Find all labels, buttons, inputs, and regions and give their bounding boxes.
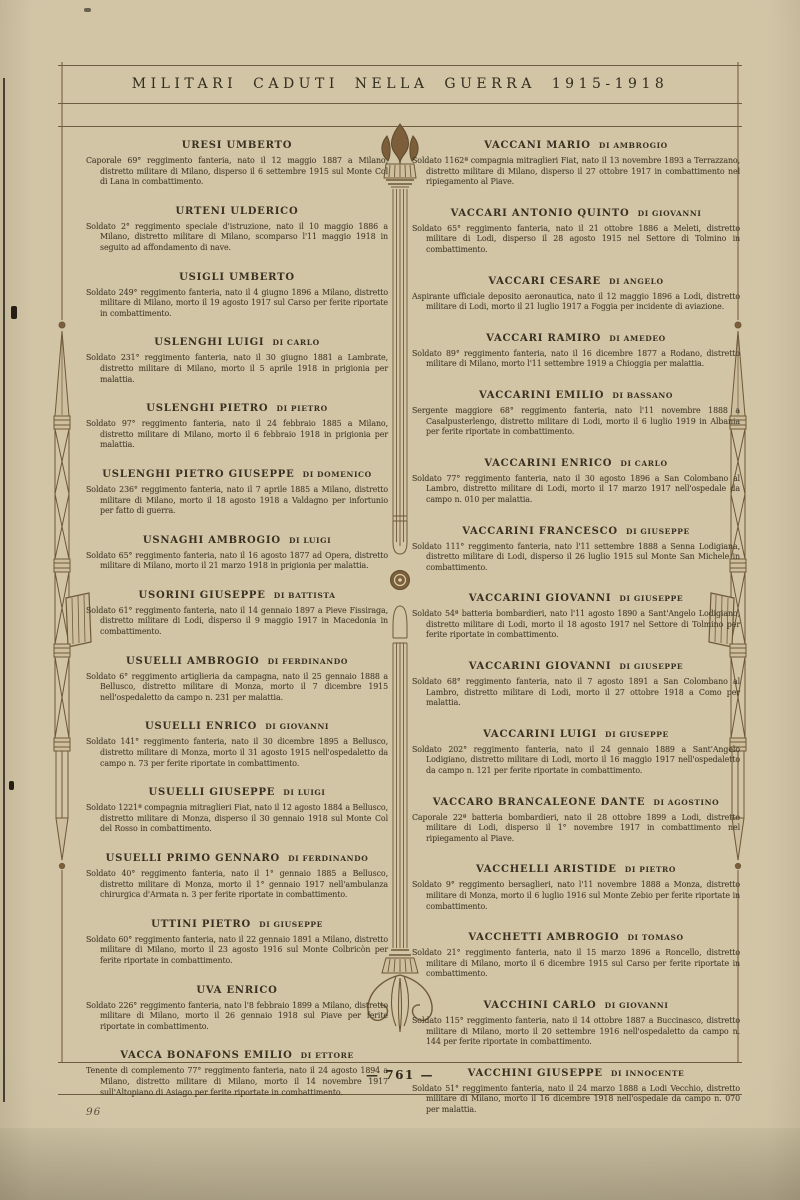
entry-heading: USUELLI GIUSEPPE di Luigi: [86, 784, 388, 798]
soldier-entry: USLENGHI LUIGI di Carlo Soldato 231° reg…: [86, 334, 388, 385]
soldier-entry: VACCARINI GIOVANNI di Giuseppe Soldato 5…: [412, 590, 740, 641]
entry-body: Soldato 40° reggimento fanteria, nato il…: [86, 869, 388, 901]
entry-body: Soldato 60° reggimento fanteria, nato il…: [86, 935, 388, 967]
entry-patronymic: di Carlo: [273, 338, 320, 347]
entry-body: Soldato 9° reggimento bersaglieri, nato …: [412, 880, 740, 912]
soldier-entry: VACCHELLI ARISTIDE di Pietro Soldato 9° …: [412, 861, 740, 912]
entry-heading: VACCA BONAFONS EMILIO di Ettore: [86, 1047, 388, 1061]
entry-name: VACCARINI ENRICO: [484, 458, 612, 469]
entry-patronymic: di Giovanni: [605, 1001, 669, 1010]
entry-heading: VACCARINI EMILIO di Bassano: [412, 387, 740, 401]
entry-body: Soldato 65° reggimento fanteria, nato il…: [412, 224, 740, 256]
ink-speck: [9, 781, 14, 790]
left-column: URESI UMBERTO Caporale 69° reggimento fa…: [86, 137, 388, 1113]
entry-body: Soldato 21° reggimento fanteria, nato il…: [412, 948, 740, 980]
entry-patronymic: di Giovanni: [638, 209, 702, 218]
frame-rule-below-title: [58, 103, 742, 104]
entry-heading: URTENI ULDERICO: [86, 203, 388, 217]
soldier-entry: VACCARO BRANCALEONE DANTE di Agostino Ca…: [412, 794, 740, 845]
entry-name: VACCARINI FRANCESCO: [462, 526, 618, 537]
entry-heading: USNAGHI AMBROGIO di Luigi: [86, 532, 388, 546]
soldier-entry: VACCARI CESARE di Angelo Aspirante uffic…: [412, 273, 740, 313]
entry-patronymic: di Giuseppe: [619, 662, 683, 671]
soldier-entry: URTENI ULDERICO Soldato 2° reggimento sp…: [86, 203, 388, 254]
entry-name: USLENGHI PIETRO GIUSEPPE: [102, 469, 294, 480]
entry-body: Soldato 89° reggimento fanteria, nato il…: [412, 349, 740, 370]
entry-body: Soldato 61° reggimento fanteria, nato il…: [86, 606, 388, 638]
entry-body: Soldato 141° reggimento fanteria, nato i…: [86, 737, 388, 769]
entry-heading: UVA ENRICO: [86, 982, 388, 996]
entry-heading: USIGLI UMBERTO: [86, 269, 388, 283]
entry-name: VACCHELLI ARISTIDE: [476, 864, 617, 875]
soldier-entry: VACCARI RAMIRO di Amedeo Soldato 89° reg…: [412, 330, 740, 370]
entry-name: VACCARINI GIOVANNI: [469, 661, 612, 672]
entry-heading: VACCARO BRANCALEONE DANTE di Agostino: [412, 794, 740, 808]
entry-body: Soldato 65° reggimento fanteria, nato il…: [86, 551, 388, 572]
entry-patronymic: di Ambrogio: [599, 141, 668, 150]
entry-body: Caporale 22ª batteria bombardieri, nato …: [412, 813, 740, 845]
entry-heading: VACCARI CESARE di Angelo: [412, 273, 740, 287]
soldier-entry: USLENGHI PIETRO di Pietro Soldato 97° re…: [86, 400, 388, 451]
soldier-entry: USORINI GIUSEPPE di Battista Soldato 61°…: [86, 587, 388, 638]
entry-name: USUELLI AMBROGIO: [126, 656, 260, 667]
entry-name: USLENGHI PIETRO: [146, 403, 268, 414]
photo-bottom-shadow: [0, 1128, 800, 1200]
entry-body: Soldato 226° reggimento fanteria, nato l…: [86, 1001, 388, 1033]
entry-patronymic: di Giuseppe: [619, 594, 683, 603]
soldier-entry: URESI UMBERTO Caporale 69° reggimento fa…: [86, 137, 388, 188]
entry-body: Sergente maggiore 68° reggimento fanteri…: [412, 406, 740, 438]
page-title: MILITARI CADUTI NELLA GUERRA 1915-1918: [58, 76, 742, 92]
entry-patronymic: di Angelo: [609, 277, 664, 286]
entry-heading: USUELLI AMBROGIO di Ferdinando: [86, 653, 388, 667]
ink-speck: [84, 8, 91, 12]
entry-name: VACCARINI EMILIO: [479, 390, 604, 401]
entry-heading: VACCARI ANTONIO QUINTO di Giovanni: [412, 205, 740, 219]
entry-heading: VACCARI RAMIRO di Amedeo: [412, 330, 740, 344]
soldier-entry: VACCARINI GIOVANNI di Giuseppe Soldato 6…: [412, 658, 740, 709]
entry-heading: VACCARINI GIOVANNI di Giuseppe: [412, 658, 740, 672]
entry-name: UTTINI PIETRO: [151, 919, 251, 930]
entry-body: Soldato 77° reggimento fanteria, nato il…: [412, 474, 740, 506]
entry-name: UVA ENRICO: [196, 985, 277, 996]
entry-patronymic: di Tomaso: [627, 933, 683, 942]
entry-name: VACCARI RAMIRO: [486, 333, 601, 344]
soldier-entry: VACCARINI LUIGI di Giuseppe Soldato 202°…: [412, 726, 740, 777]
entry-name: USORINI GIUSEPPE: [138, 590, 265, 601]
entry-heading: USLENGHI PIETRO GIUSEPPE di Domenico: [86, 466, 388, 480]
ink-speck: [11, 306, 17, 319]
soldier-entry: UTTINI PIETRO di Giuseppe Soldato 60° re…: [86, 916, 388, 967]
entry-heading: USLENGHI PIETRO di Pietro: [86, 400, 388, 414]
entry-patronymic: di Giovanni: [265, 722, 329, 731]
entry-name: USNAGHI AMBROGIO: [143, 535, 281, 546]
frame-rule-top-inner: [58, 126, 742, 127]
entry-body: Soldato 202° reggimento fanteria, nato i…: [412, 745, 740, 777]
soldier-entry: UVA ENRICO Soldato 226° reggimento fante…: [86, 982, 388, 1033]
entry-body: Soldato 231° reggimento fanteria, nato i…: [86, 353, 388, 385]
entry-heading: URESI UMBERTO: [86, 137, 388, 151]
entry-body: Soldato 51° reggimento fanteria, nato il…: [412, 1084, 740, 1116]
entry-name: URTENI ULDERICO: [176, 206, 299, 217]
soldier-entry: USUELLI ENRICO di Giovanni Soldato 141° …: [86, 718, 388, 769]
entry-body: Soldato 1162ª compagnia mitraglieri Fiat…: [412, 156, 740, 188]
entry-patronymic: di Battista: [274, 591, 336, 600]
entry-name: USUELLI GIUSEPPE: [148, 787, 275, 798]
entry-body: Caporale 69° reggimento fanteria, nato i…: [86, 156, 388, 188]
entry-patronymic: di Bassano: [612, 391, 673, 400]
scanned-book-page: MILITARI CADUTI NELLA GUERRA 1915-1918: [0, 0, 800, 1200]
entry-heading: VACCARINI FRANCESCO di Giuseppe: [412, 523, 740, 537]
soldier-entry: VACCARI ANTONIO QUINTO di Giovanni Solda…: [412, 205, 740, 256]
entry-patronymic: di Giuseppe: [626, 527, 690, 536]
entry-patronymic: di Giuseppe: [259, 920, 323, 929]
entry-patronymic: di Amedeo: [609, 334, 666, 343]
entry-name: USUELLI ENRICO: [145, 721, 257, 732]
entry-name: VACCARINI LUIGI: [483, 729, 597, 740]
entry-heading: VACCARINI GIOVANNI di Giuseppe: [412, 590, 740, 604]
soldier-entry: USLENGHI PIETRO GIUSEPPE di Domenico Sol…: [86, 466, 388, 517]
plate-number: 96: [86, 1106, 101, 1118]
entry-body: Soldato 236° reggimento fanteria, nato i…: [86, 485, 388, 517]
entry-body: Soldato 54ª batteria bombardieri, nato l…: [412, 609, 740, 641]
entry-patronymic: di Domenico: [303, 470, 372, 479]
soldier-entry: USNAGHI AMBROGIO di Luigi Soldato 65° re…: [86, 532, 388, 572]
entry-heading: USORINI GIUSEPPE di Battista: [86, 587, 388, 601]
entry-heading: UTTINI PIETRO di Giuseppe: [86, 916, 388, 930]
entry-body: Soldato 115° reggimento fanteria, nato i…: [412, 1016, 740, 1048]
soldier-entry: VACCARINI FRANCESCO di Giuseppe Soldato …: [412, 523, 740, 574]
entry-body: Soldato 97° reggimento fanteria, nato il…: [86, 419, 388, 451]
entry-heading: VACCANI MARIO di Ambrogio: [412, 137, 740, 151]
entry-patronymic: di Giuseppe: [605, 730, 669, 739]
entry-name: USUELLI PRIMO GENNARO: [106, 853, 280, 864]
soldier-entry: USUELLI GIUSEPPE di Luigi Soldato 1221ª …: [86, 784, 388, 835]
entry-heading: USUELLI PRIMO GENNARO di Ferdinando: [86, 850, 388, 864]
entry-name: VACCA BONAFONS EMILIO: [120, 1050, 292, 1061]
entry-heading: USUELLI ENRICO di Giovanni: [86, 718, 388, 732]
soldier-entry: USIGLI UMBERTO Soldato 249° reggimento f…: [86, 269, 388, 320]
soldier-entry: USUELLI PRIMO GENNARO di Ferdinando Sold…: [86, 850, 388, 901]
entry-name: VACCHETTI AMBROGIO: [468, 932, 619, 943]
entry-name: VACCARI ANTONIO QUINTO: [451, 208, 630, 219]
entry-heading: VACCARINI ENRICO di Carlo: [412, 455, 740, 469]
frame-rule-top-outer: [58, 65, 742, 66]
entry-heading: VACCHELLI ARISTIDE di Pietro: [412, 861, 740, 875]
page-number: — 761 —: [58, 1068, 742, 1082]
left-lattice-spear-ornament-icon: [34, 62, 94, 1062]
entry-patronymic: di Ferdinando: [268, 657, 348, 666]
entry-body: Soldato 111° reggimento fanteria, nato l…: [412, 542, 740, 574]
entry-patronymic: di Pietro: [625, 865, 676, 874]
entry-patronymic: di Luigi: [289, 536, 331, 545]
soldier-entry: VACCARINI EMILIO di Bassano Sergente mag…: [412, 387, 740, 438]
entry-body: Soldato 1221ª compagnia mitraglieri Fiat…: [86, 803, 388, 835]
entry-heading: USLENGHI LUIGI di Carlo: [86, 334, 388, 348]
soldier-entry: VACCHETTI AMBROGIO di Tomaso Soldato 21°…: [412, 929, 740, 980]
entry-name: VACCARI CESARE: [488, 276, 601, 287]
entry-body: Soldato 2° reggimento speciale d'istruzi…: [86, 222, 388, 254]
entry-patronymic: di Luigi: [283, 788, 325, 797]
soldier-entry: VACCANI MARIO di Ambrogio Soldato 1162ª …: [412, 137, 740, 188]
entry-patronymic: di Carlo: [620, 459, 667, 468]
entry-name: VACCARINI GIOVANNI: [469, 593, 612, 604]
entry-heading: VACCHINI CARLO di Giovanni: [412, 997, 740, 1011]
right-column: VACCANI MARIO di Ambrogio Soldato 1162ª …: [412, 137, 740, 1133]
entry-body: Soldato 249° reggimento fanteria, nato i…: [86, 288, 388, 320]
entry-name: USLENGHI LUIGI: [154, 337, 264, 348]
entry-name: VACCARO BRANCALEONE DANTE: [433, 797, 646, 808]
entry-patronymic: di Ferdinando: [288, 854, 368, 863]
soldier-entry: VACCHINI CARLO di Giovanni Soldato 115° …: [412, 997, 740, 1048]
entry-patronymic: di Agostino: [653, 798, 719, 807]
entry-name: URESI UMBERTO: [182, 140, 293, 151]
entry-name: USIGLI UMBERTO: [179, 272, 295, 283]
entry-name: VACCHINI CARLO: [484, 1000, 597, 1011]
entry-heading: VACCARINI LUIGI di Giuseppe: [412, 726, 740, 740]
entry-patronymic: di Pietro: [277, 404, 328, 413]
entry-name: VACCANI MARIO: [484, 140, 591, 151]
soldier-entry: VACCARINI ENRICO di Carlo Soldato 77° re…: [412, 455, 740, 506]
entry-patronymic: di Ettore: [301, 1051, 354, 1060]
entry-heading: VACCHETTI AMBROGIO di Tomaso: [412, 929, 740, 943]
soldier-entry: USUELLI AMBROGIO di Ferdinando Soldato 6…: [86, 653, 388, 704]
entry-body: Aspirante ufficiale deposito aeronautica…: [412, 292, 740, 313]
entry-body: Soldato 6° reggimento artiglieria da cam…: [86, 672, 388, 704]
page-edge-shadow: [3, 78, 5, 1102]
entry-body: Soldato 68° reggimento fanteria, nato il…: [412, 677, 740, 709]
